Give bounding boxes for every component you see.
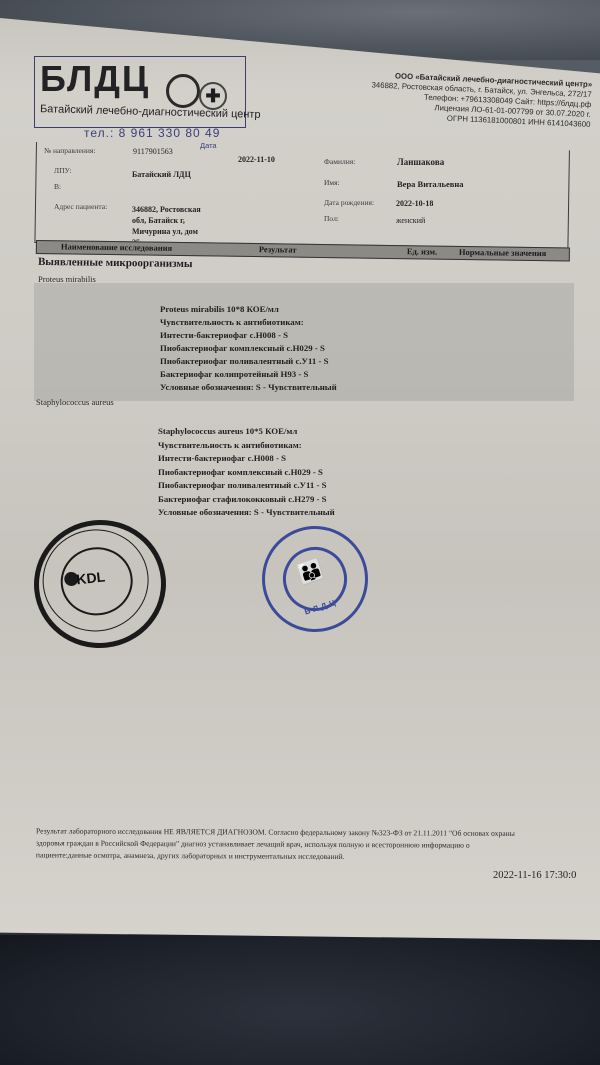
result-line: Бактериофаг стафилококковый с.Н279 - S	[158, 493, 335, 507]
referral-number-label: № направления:	[44, 146, 95, 155]
patient-name: Вера Витальевна	[397, 179, 464, 189]
surname-label: Фамилия:	[324, 157, 355, 166]
referral-date: 2022-11-10	[238, 155, 275, 164]
result-line: Условные обозначения: S - Чувствительный	[158, 506, 335, 520]
v-label: В:	[54, 182, 61, 191]
lpu-label: ЛПУ:	[54, 166, 72, 175]
background-fabric-bottom	[0, 935, 600, 1065]
organism-result: Proteus mirabilis 10*8 КОЕ/мл Чувствител…	[160, 303, 337, 394]
result-line: Пиобактериофаг комплексный с.Н029 - S	[158, 466, 335, 480]
organism-result: Staphylococcus aureus 10*5 КОЕ/мл Чувств…	[158, 425, 335, 520]
column-header-result: Результат	[259, 244, 297, 255]
result-line: Бактериофаг колипротейный Н93 - S	[160, 368, 337, 381]
organization-info: ООО «Батайский лечебно-диагностический ц…	[370, 70, 592, 130]
result-line: Чувствительность к антибиотикам:	[158, 439, 335, 453]
column-header-units: Ед. изм.	[407, 246, 437, 256]
result-line: Пиобактериофаг комплексный с.Н029 - S	[160, 342, 337, 355]
patient-dob: 2022-10-18	[396, 199, 433, 208]
lpu-value: Батайский ЛДЦ	[132, 170, 191, 179]
kdl-logo-text: KDL	[76, 568, 106, 587]
patient-sex: женский	[396, 216, 425, 225]
date-label: Дата	[200, 141, 217, 150]
patient-surname: Ланшакова	[397, 157, 444, 167]
address-line: обл, Батайск г,	[132, 215, 201, 226]
medical-cross-icon: ✚	[199, 82, 227, 110]
referral-number: 9117901563	[133, 147, 173, 156]
address-line: Мичурина ул, дом	[132, 226, 201, 237]
organism-name: Staphylococcus aureus	[36, 397, 114, 407]
result-line: Пиобактериофаг поливалентный с.У11 - S	[158, 479, 335, 493]
result-line: Proteus mirabilis 10*8 КОЕ/мл	[160, 303, 337, 316]
result-line: Условные обозначения: S - Чувствительный	[160, 381, 337, 394]
result-line: Чувствительность к антибиотикам:	[160, 316, 337, 329]
patient-info-frame	[34, 142, 570, 251]
family-emblem-icon	[166, 74, 200, 108]
result-line: Staphylococcus aureus 10*5 КОЕ/мл	[158, 425, 335, 439]
disclaimer: Результат лабораторного исследования НЕ …	[36, 825, 600, 864]
section-title: Выявленные микроорганизмы	[38, 256, 193, 270]
sex-label: Пол:	[324, 214, 339, 223]
dob-label: Дата рождения:	[324, 198, 374, 207]
name-label: Имя:	[324, 178, 340, 187]
clinic-phone: тел.: 8 961 330 80 49	[84, 126, 220, 140]
column-header-test: Наименование исследования	[61, 241, 172, 253]
clinic-logo-text: БЛДЦ	[40, 58, 150, 100]
result-line: Интести-бактериофаг с.Н008 - S	[160, 329, 337, 342]
printed-timestamp: 2022-11-16 17:30:0	[493, 870, 576, 881]
address-label: Адрес пациента:	[54, 202, 107, 211]
result-line: Пиобактериофаг поливалентный с.У11 - S	[160, 355, 337, 368]
column-header-normal: Нормальные значения	[459, 247, 547, 258]
address-line: 346882, Ростовская	[132, 204, 201, 215]
result-line: Интести-бактериофаг с.Н008 - S	[158, 452, 335, 466]
